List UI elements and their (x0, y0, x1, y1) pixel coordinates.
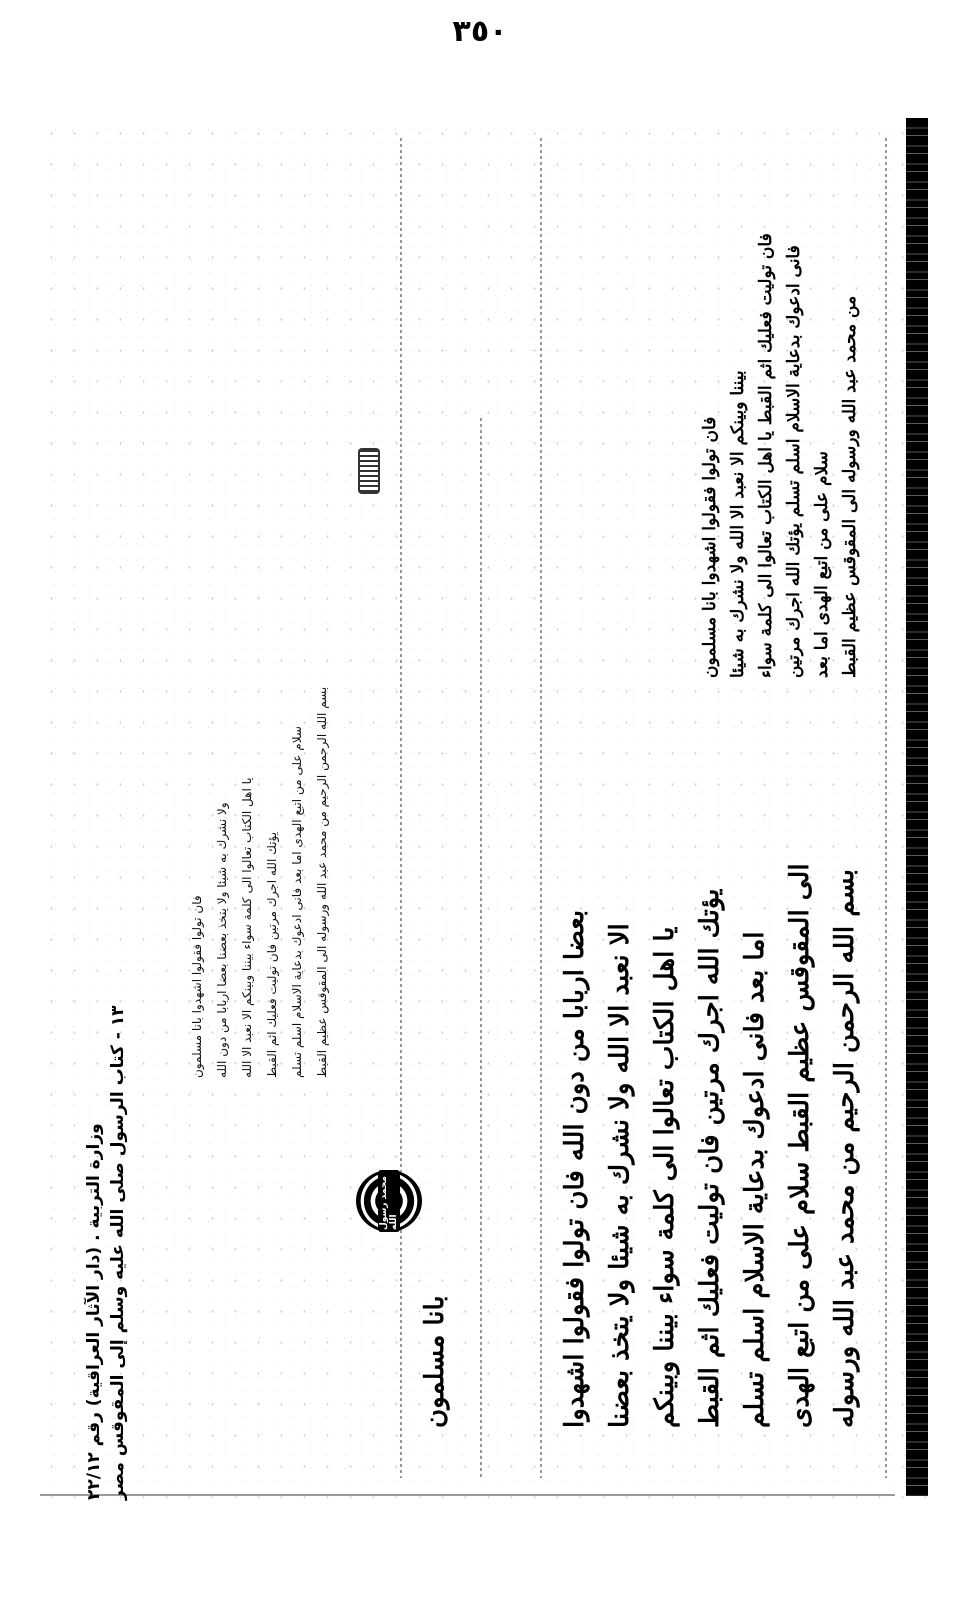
seal-text: محمد رسول الله (378, 1170, 400, 1232)
scan-artifact-line (540, 138, 542, 1478)
page-number: ٣٥٠ (0, 14, 960, 49)
handwritten-line: يؤتك الله اجرك مرتين فان توليت فعليك اثم… (695, 889, 725, 1428)
figure-caption-line1: ١٣ - كتاب الرسول صلى الله عليه وسلم إلى … (108, 1005, 128, 1500)
handwritten-line: بعضا اربابا من دون الله فان تولوا فقولوا… (560, 910, 590, 1428)
transcription-line: ولا نشرك به شيئا ولا يتخذ بعضنا بعضا ارب… (215, 802, 229, 1078)
handwritten-line: فانى ادعوك بدعاية الاسلام اسلم تسلم يؤتك… (784, 245, 804, 678)
scan-dark-edge (906, 118, 928, 1496)
handwritten-line: فان تولوا فقولوا اشهدوا بانا مسلمون (700, 417, 720, 678)
handwritten-line: الى المقوقس عظيم القبط سلام على من اتبع … (785, 863, 815, 1428)
prophet-seal: محمد رسول الله (356, 1170, 422, 1232)
scan-artifact-line (480, 418, 482, 1478)
handwritten-line: من محمد عبد الله ورسوله الى المقوقس عظيم… (840, 296, 860, 678)
transcription-line: سلام على من اتبع الهدى اما بعد فانى ادعو… (290, 726, 304, 1078)
stamp-mark (358, 448, 380, 494)
handwritten-line: يا اهل الكتاب تعالوا الى كلمة سواء بيننا… (650, 926, 680, 1428)
figure-caption-line2: وزارة التربية . (دار الآثار العراقية) رق… (84, 1123, 104, 1500)
scan-artifact-line (885, 138, 887, 1478)
transcription-line: بسم الله الرحمن الرحيم من محمد عبد الله … (315, 687, 329, 1078)
handwritten-line: الا نعبد الا الله ولا نشرك به شيئا ولا ي… (605, 923, 635, 1428)
handwritten-line: بسم الله الرحمن الرحيم من محمد عبد الله … (830, 869, 860, 1428)
transcription-line: يؤتك الله اجرك مرتين فان توليت فعليك اثم… (265, 832, 279, 1078)
scan-artifact-line (400, 138, 402, 1478)
transcription-line: فان تولوا فقولوا اشهدوا بانا مسلمون (190, 895, 204, 1078)
handwritten-line: سلام على من اتبع الهدى اما بعد (812, 451, 832, 678)
handwritten-line: بانا مسلمون (420, 1295, 450, 1428)
handwritten-line: فان توليت فعليك اثم القبط يا اهل الكتاب … (756, 233, 776, 678)
transcription-line: يا اهل الكتاب تعالوا الى كلمة سواء بيننا… (240, 777, 254, 1078)
handwritten-line: بيننا وبينكم الا نعبد الا الله ولا نشرك … (728, 370, 748, 678)
handwritten-line: اما بعد فانى ادعوك بدعاية الاسلام اسلم ت… (740, 931, 770, 1428)
scan-bottom-edge (40, 1494, 895, 1496)
letter-scan: بسم الله الرحمن الرحيم من محمد عبد الله … (40, 118, 930, 1498)
